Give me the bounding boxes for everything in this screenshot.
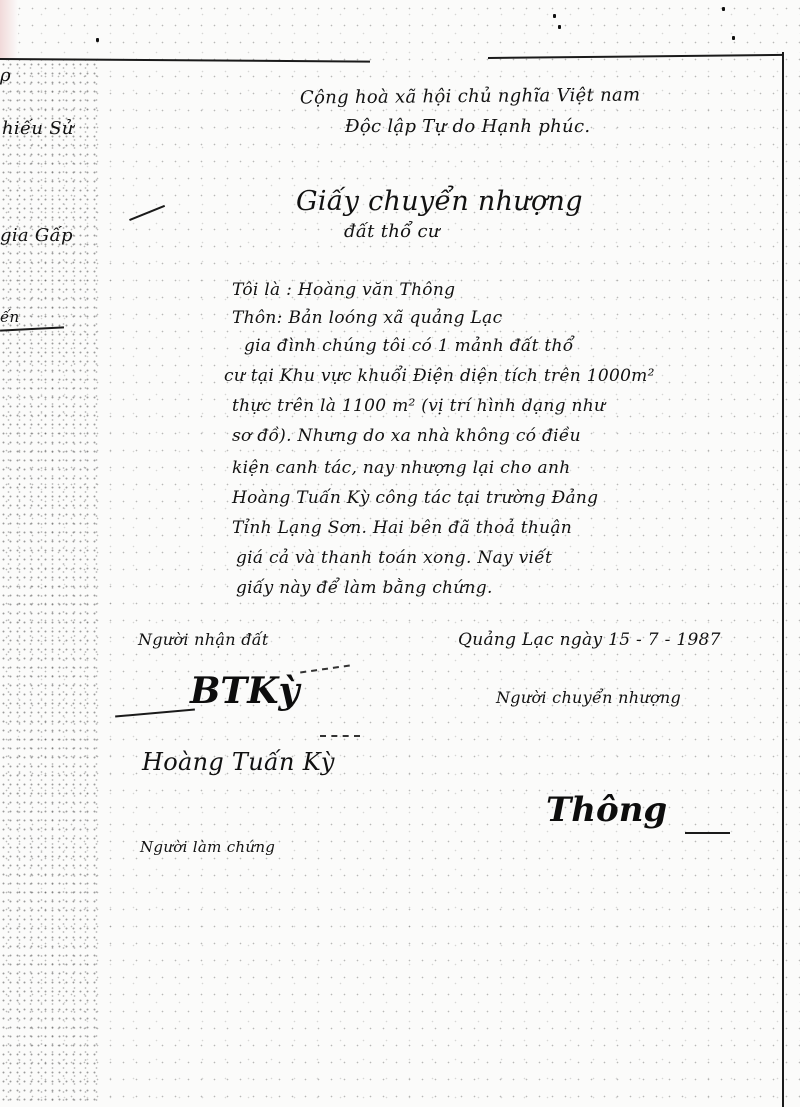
receiver-label: Người nhận đất bbox=[138, 630, 269, 649]
place-date: Quảng Lạc ngày 15 - 7 - 1987 bbox=[458, 630, 721, 650]
ink-dot bbox=[732, 36, 735, 40]
dash-mark bbox=[300, 665, 350, 674]
receiver-signature: BTKỳ bbox=[190, 670, 299, 712]
body-line-9: Tỉnh Lạng Sơn. Hai bên đã thoả thuận bbox=[232, 518, 572, 538]
ink-dot bbox=[553, 14, 556, 18]
body-line-1: Tôi là : Hoàng văn Thông bbox=[232, 280, 455, 300]
transferor-signature: Thông bbox=[546, 790, 667, 830]
national-header-line1: Cộng hoà xã hội chủ nghĩa Việt nam bbox=[300, 85, 641, 109]
margin-mark: ρ bbox=[0, 65, 11, 86]
witness-label: Người làm chứng bbox=[140, 838, 275, 856]
body-line-5: thực trên là 1100 m² (vị trí hình dạng n… bbox=[232, 396, 605, 416]
margin-fragment-3: ến bbox=[0, 308, 20, 326]
page-border-right bbox=[782, 52, 784, 1107]
document-subtitle: đất thổ cư bbox=[344, 221, 440, 242]
body-line-2: Thôn: Bản loóng xã quảng Lạc bbox=[232, 308, 502, 328]
signature-stroke bbox=[115, 709, 195, 717]
body-line-6: sơ đồ). Nhưng do xa nhà không có điều bbox=[232, 426, 581, 446]
ink-dot bbox=[96, 38, 99, 42]
signature-underline bbox=[685, 832, 730, 834]
ink-dot bbox=[558, 25, 561, 29]
ink-dot bbox=[722, 7, 725, 11]
body-line-3: gia đình chúng tôi có 1 mảnh đất thổ bbox=[244, 336, 574, 356]
paper-stain bbox=[0, 0, 18, 60]
receiver-name: Hoàng Tuấn Kỳ bbox=[142, 748, 335, 776]
page-border-top-right bbox=[488, 54, 784, 59]
body-line-10: giá cả và thanh toán xong. Nay viết bbox=[236, 548, 552, 568]
national-header-line2: Độc lập Tự do Hạnh phúc. bbox=[345, 116, 590, 137]
body-line-4: cư tại Khu vực khuổi Điện diện tích trên… bbox=[224, 366, 655, 386]
body-line-11: giấy này để làm bằng chứng. bbox=[236, 578, 493, 598]
margin-fragment-2: gia Gấp bbox=[0, 225, 73, 246]
scan-noise-strip bbox=[0, 60, 100, 1107]
document-title: Giấy chuyển nhượng bbox=[296, 186, 583, 217]
margin-fragment-1: hiếu Sử bbox=[2, 118, 74, 139]
transferor-label: Người chuyển nhượng bbox=[496, 688, 681, 707]
margin-stroke bbox=[129, 205, 165, 221]
dash-mark bbox=[320, 735, 360, 737]
body-line-7: kiện canh tác, nay nhượng lại cho anh bbox=[232, 458, 570, 478]
body-line-8: Hoàng Tuấn Kỳ công tác tại trường Đảng bbox=[232, 488, 598, 508]
